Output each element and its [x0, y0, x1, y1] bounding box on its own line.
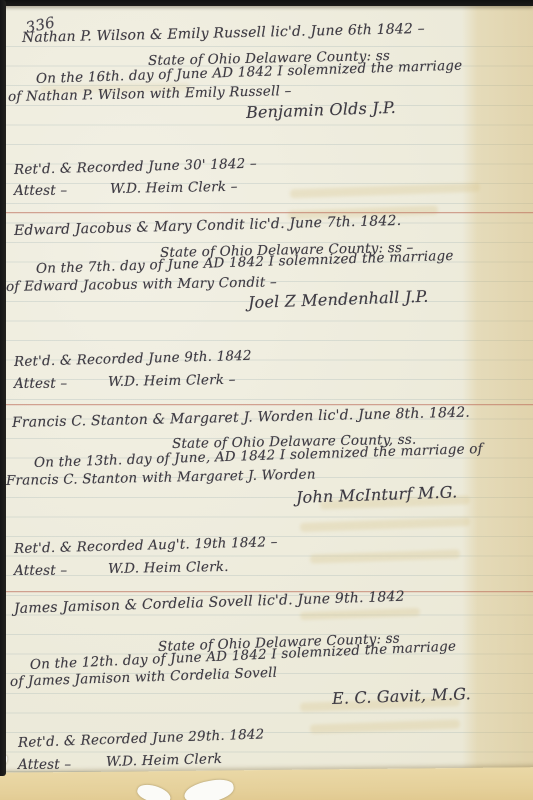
scanned-ledger-page: 336 Nathan P. Wilson & Emily Russell lic… — [0, 0, 533, 800]
return-recorded-line: Ret'd. & Recorded June 30' 1842 – — [14, 156, 257, 178]
underlying-page-edge — [0, 767, 533, 800]
clerk-signature: W.D. Heim Clerk – — [108, 372, 236, 390]
record-heading: James Jamison & Cordelia Sovell lic'd. J… — [14, 589, 405, 617]
bleed-through-smudge — [310, 719, 460, 733]
attest-label: Attest – — [14, 183, 67, 199]
bleed-through-smudge — [300, 608, 420, 620]
clerk-signature: W.D. Heim Clerk — [106, 751, 223, 770]
officiant-signature: Benjamin Olds J.P. — [246, 98, 397, 122]
attest-label: Attest – — [14, 563, 67, 579]
clerk-signature: W.D. Heim Clerk – — [110, 179, 238, 197]
officiant-signature: John McInturf M.G. — [296, 482, 458, 507]
scan-edge-top — [0, 0, 533, 6]
record-heading: Nathan P. Wilson & Emily Russell lic'd. … — [22, 21, 425, 46]
bleed-through-smudge — [310, 549, 460, 563]
record-body-line: of Edward Jacobus with Mary Condit – — [6, 274, 277, 295]
record-heading: Francis C. Stanton & Margaret J. Worden … — [12, 405, 470, 431]
attest-label: Attest – — [14, 376, 67, 392]
officiant-signature: E. C. Gavit, M.G. — [332, 684, 472, 708]
attest-label: Attest – — [18, 757, 71, 773]
return-recorded-line: Ret'd. & Recorded June 9th. 1842 — [14, 348, 252, 370]
return-recorded-line: Ret'd. & Recorded June 29th. 1842 — [18, 726, 265, 751]
scan-edge-left — [0, 0, 6, 776]
officiant-signature: Joel Z Mendenhall J.P. — [248, 287, 429, 312]
bleed-through-smudge — [300, 517, 470, 532]
record-divider-rule — [6, 591, 533, 592]
aged-paper-edge — [462, 6, 533, 772]
record-divider-rule — [6, 212, 533, 213]
bleed-through-smudge — [290, 183, 480, 199]
paper-sheet: 336 Nathan P. Wilson & Emily Russell lic… — [0, 0, 533, 800]
clerk-signature: W.D. Heim Clerk. — [108, 559, 229, 577]
record-heading: Edward Jacobus & Mary Condit lic'd. June… — [14, 213, 402, 239]
return-recorded-line: Ret'd. & Recorded Aug't. 19th 1842 – — [14, 534, 278, 557]
